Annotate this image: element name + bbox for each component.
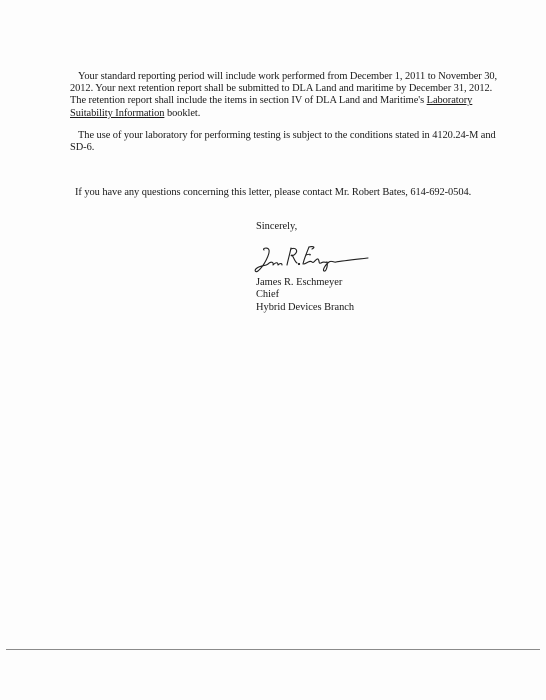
signature-icon — [254, 244, 370, 274]
laboratory-conditions-text: The use of your laboratory for performin… — [70, 130, 505, 154]
closing-salutation: Sincerely, — [256, 221, 297, 233]
contact-paragraph: If you have any questions concerning thi… — [75, 187, 510, 199]
contact-text: If you have any questions concerning thi… — [75, 187, 510, 199]
signer-title: Chief — [256, 289, 354, 301]
letter-page: Your standard reporting period will incl… — [0, 0, 546, 700]
reporting-period-text-end: booklet. — [164, 108, 200, 119]
signer-name: James R. Eschmeyer — [256, 277, 354, 289]
signer-block: James R. Eschmeyer Chief Hybrid Devices … — [256, 277, 354, 314]
closing-block: Sincerely, — [256, 221, 297, 233]
laboratory-conditions-paragraph: The use of your laboratory for performin… — [70, 130, 505, 154]
footer-divider — [6, 649, 540, 650]
reporting-period-paragraph: Your standard reporting period will incl… — [70, 71, 505, 120]
signer-department: Hybrid Devices Branch — [256, 302, 354, 314]
